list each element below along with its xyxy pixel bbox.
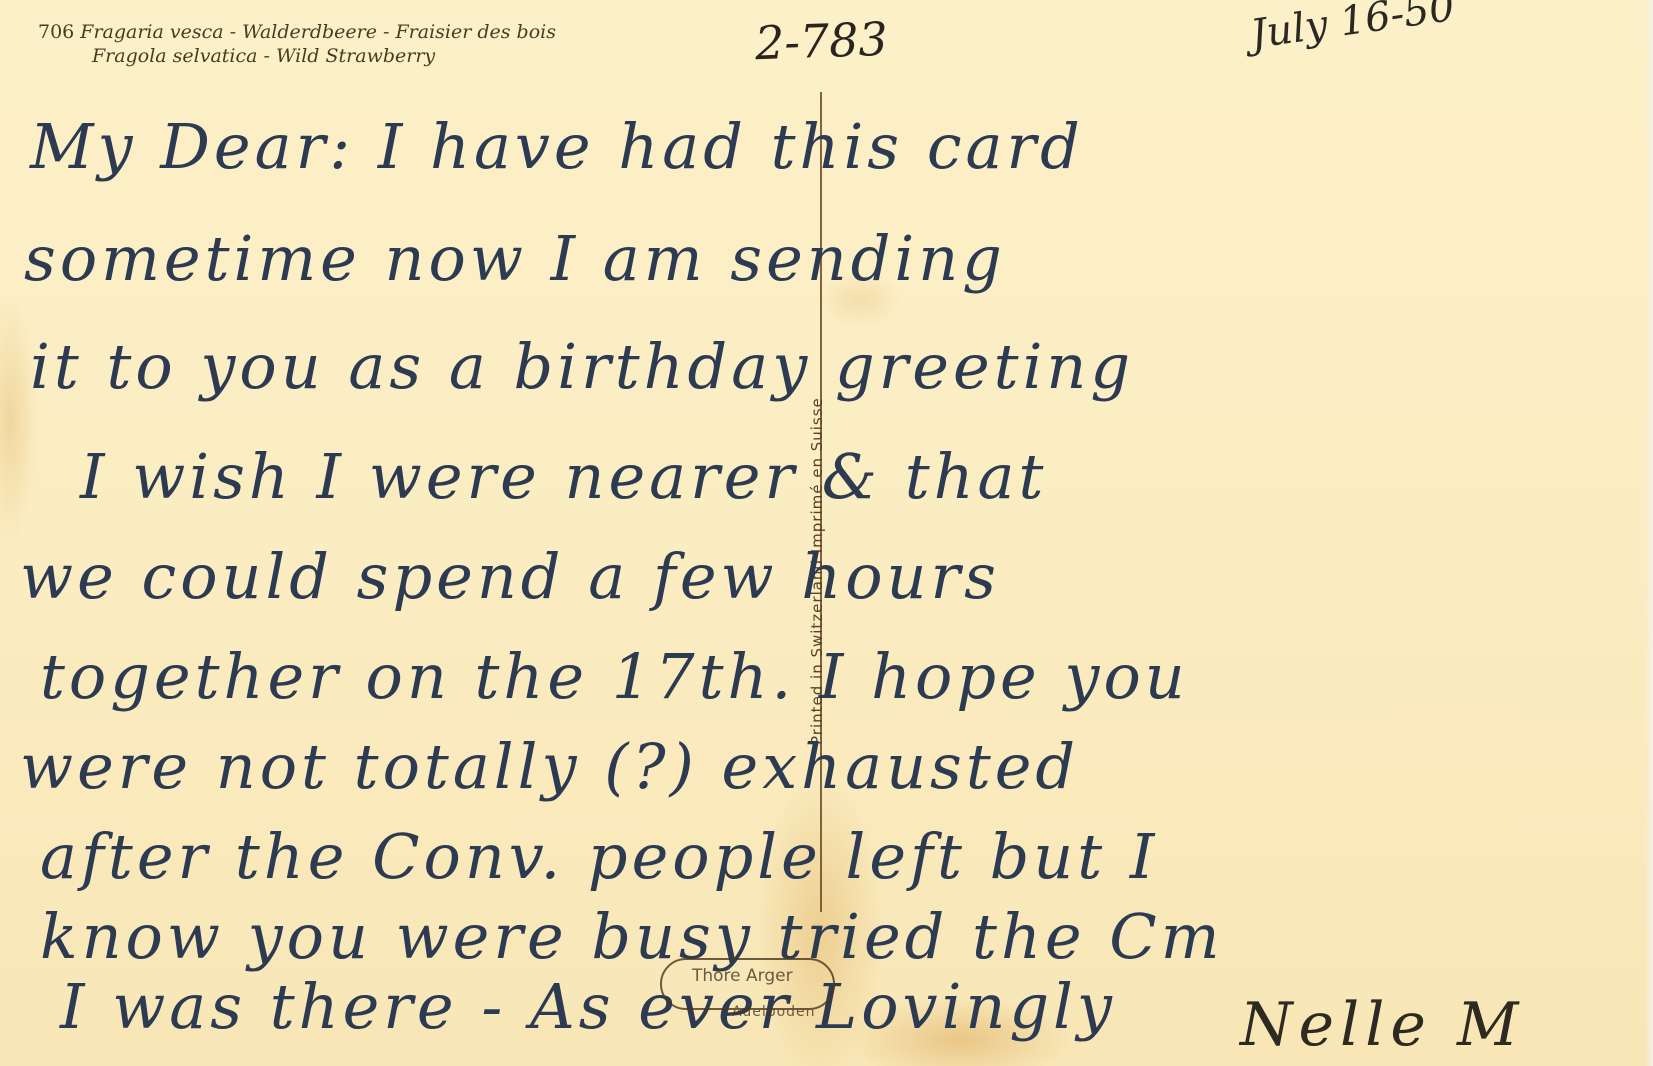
caption-line-1: 706Fragaria vesca - Walderdbeere - Frais… bbox=[38, 20, 556, 44]
handwritten-reference-number: 2-783 bbox=[754, 12, 888, 71]
publisher-name: Thore Arger bbox=[692, 966, 793, 986]
caption-species-names: Fragaria vesca - Walderdbeere - Fraisier… bbox=[80, 21, 556, 43]
message-line-10: I was there - As ever Lovingly bbox=[60, 970, 1116, 1043]
message-line-4: I wish I were nearer & that bbox=[80, 440, 1047, 513]
message-line-7: were not totally (?) exhausted bbox=[20, 730, 1079, 803]
printed-caption: 706Fragaria vesca - Walderdbeere - Frais… bbox=[38, 20, 556, 68]
signature: Nelle M bbox=[1240, 990, 1524, 1060]
postcard-back: 706Fragaria vesca - Walderdbeere - Frais… bbox=[0, 0, 1653, 1066]
message-line-6: together on the 17th. I hope you bbox=[40, 640, 1189, 713]
message-line-5: we could spend a few hours bbox=[20, 540, 1000, 613]
publisher-location: Adelboden bbox=[732, 1004, 816, 1020]
message-line-1: My Dear: I have had this card bbox=[30, 110, 1084, 183]
message-line-9: know you were busy tried the Cm bbox=[40, 900, 1224, 973]
publisher-stamp-mark: Thore Arger Adelboden bbox=[660, 958, 835, 1010]
caption-line-2: Fragola selvatica - Wild Strawberry bbox=[38, 44, 556, 68]
handwritten-date: July 16-50 bbox=[1248, 0, 1458, 58]
caption-number: 706 bbox=[38, 21, 74, 43]
message-line-3: it to you as a birthday greeting bbox=[30, 330, 1134, 403]
message-line-2: sometime now I am sending bbox=[24, 222, 1006, 295]
message-line-8: after the Conv. people left but I bbox=[40, 820, 1158, 893]
